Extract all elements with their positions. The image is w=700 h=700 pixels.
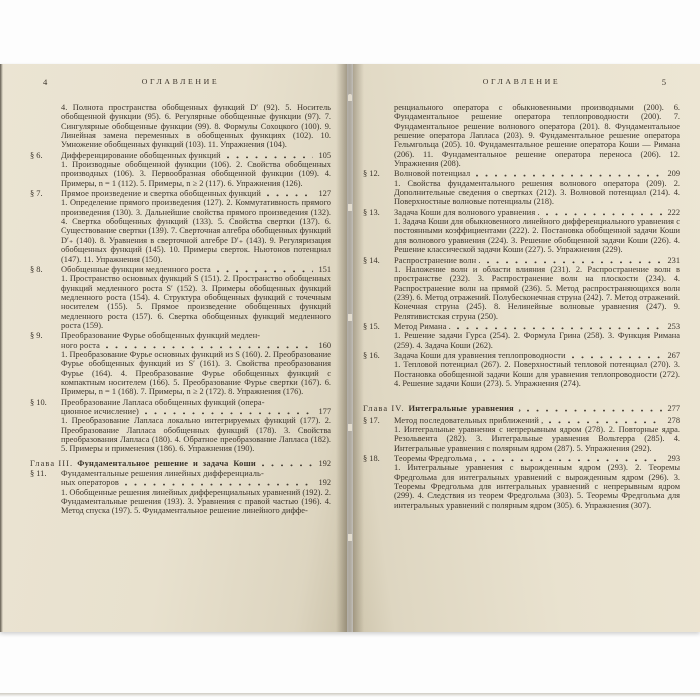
section-title: Прямое произведение и свертка обобщенных… (61, 189, 261, 198)
section-page-number: 209 (667, 169, 680, 178)
section-title-last-line: ных операторов192 (61, 478, 331, 487)
section-title: Дифференцирование обобщенных функций (61, 151, 221, 160)
section-title: Метод Римана . (394, 322, 451, 331)
section-title-last-line: Распространение волн .231 (394, 256, 680, 265)
section-label: § 14. (363, 256, 394, 265)
section-subsections: 1. Интегральные уравнения с вырожденным … (394, 463, 680, 510)
book-spread: 4 ОГЛАВЛЕНИЕ 4. Полнота пространства обо… (0, 64, 700, 632)
section-page-number: 222 (667, 208, 680, 217)
section-body: Теоремы Фредгольма ,2931. Интегральные у… (394, 454, 680, 510)
section-title-last-line: Дифференцирование обобщенных функций105 (61, 151, 331, 160)
section-title: Задача Коши для волнового уравнения . (394, 208, 540, 217)
section-body: Распространение волн .2311. Наложение во… (394, 256, 680, 321)
section-page-number: 127 (318, 189, 331, 198)
section-title-last-line: Прямое произведение и свертка обобщенных… (61, 189, 331, 198)
toc-entry: § 11.Фундаментальные решения линейных ди… (30, 469, 331, 516)
toc-entry: § 10.Преобразование Лапласа обобщенных ф… (30, 398, 331, 454)
section-page-number: 105 (318, 151, 331, 160)
section-body: Дифференцирование обобщенных функций1051… (61, 151, 331, 188)
section-title-last-line: ционное исчисление)177 (61, 407, 331, 416)
toc-entry: § 6.Дифференцирование обобщенных функций… (30, 151, 331, 188)
dot-leader (144, 407, 314, 416)
section-body: Метод последовательных приближений ,2781… (394, 416, 680, 453)
section-subsections: 1. Производные обобщенной функции (106).… (61, 160, 331, 188)
section-subsections: 1. Интегральные уравнения с непрерывным … (394, 425, 680, 453)
chapter-label: Глава III. (30, 459, 73, 468)
section-title: ного роста (61, 341, 100, 350)
toc-entry: § 12.Волновой потенциал2091. Свойства фу… (363, 169, 680, 206)
section-label: § 13. (363, 208, 394, 217)
section-page-number: 192 (318, 478, 331, 487)
dot-leader (475, 169, 662, 178)
section-subsections: 1. Тепловой потенциал (267). 2. Поверхно… (394, 360, 680, 388)
left-page-content: 4 ОГЛАВЛЕНИЕ 4. Полнота пространства обо… (30, 77, 331, 626)
section-title-last-line: Метод Римана .253 (394, 322, 680, 331)
dot-leader (266, 189, 313, 198)
section-subsections: 1. Определение прямого произведения (127… (61, 198, 331, 263)
section-label: § 7. (30, 189, 61, 198)
section-title: Обобщенные функции медленного роста (61, 265, 211, 274)
section-body: Метод Римана .2531. Решение задачи Гурса… (394, 322, 680, 350)
section-page-number: 231 (667, 256, 680, 265)
section-title-last-line: Метод последовательных приближений ,278 (394, 416, 680, 425)
dot-leader (124, 478, 314, 487)
section-label: § 8. (30, 265, 61, 274)
dot-leader (105, 341, 313, 350)
toc-entry: § 18.Теоремы Фредгольма ,2931. Интеграль… (363, 454, 680, 510)
left-toc-column: 4. Полнота пространства обобщенных функц… (30, 103, 331, 516)
left-page-number: 4 (43, 77, 47, 87)
section-label: § 18. (363, 454, 394, 463)
toc-entry: § 16.Задача Коши для уравнения теплопров… (363, 351, 680, 388)
section-page-number: 177 (318, 407, 331, 416)
toc-entry: § 14.Распространение волн .2311. Наложен… (363, 256, 680, 321)
section-title-line: Преобразование Фурье обобщенных функций … (61, 331, 331, 340)
section-title-last-line: Задача Коши для волнового уравнения .222 (394, 208, 680, 217)
section-subsections: 1. Обобщенные решения линейных дифференц… (61, 488, 331, 516)
section-title-last-line: Волновой потенциал209 (394, 169, 680, 178)
page-bottom-edge-shadow (0, 693, 700, 697)
section-label: § 16. (363, 351, 394, 360)
section-subsections: 1. Задача Коши для обыкновенного линейно… (394, 217, 680, 254)
chapter-label: Глава IV. (363, 404, 405, 413)
section-title-last-line: Теоремы Фредгольма ,293 (394, 454, 680, 463)
right-page-number: 5 (662, 77, 666, 87)
toc-entry: § 17.Метод последовательных приближений … (363, 416, 680, 453)
section-page-number: 253 (667, 322, 680, 331)
chapter-title: Интегральные уравнения , (409, 404, 521, 413)
chapter-title: Фундаментальное решение и задача Коши (77, 459, 256, 468)
section-body: Преобразование Лапласа обобщенных функци… (61, 398, 331, 454)
dot-leader (571, 351, 663, 360)
dot-leader (482, 454, 663, 463)
section-body: Прямое произведение и свертка обобщенных… (61, 189, 331, 264)
section-page-number: 160 (318, 341, 331, 350)
toc-subsections: 4. Полнота пространства обобщенных функц… (61, 103, 331, 150)
dot-leader (226, 151, 314, 160)
section-label: § 6. (30, 151, 61, 160)
dot-leader (456, 322, 663, 331)
section-subsections: 1. Решение задачи Гурса (254). 2. Формул… (394, 331, 680, 350)
section-title: Теоремы Фредгольма , (394, 454, 477, 463)
right-page: ОГЛАВЛЕНИЕ 5 ренциального оператора с об… (353, 64, 700, 632)
section-page-number: 278 (667, 416, 680, 425)
dot-leader (261, 459, 314, 468)
section-page-number: 267 (667, 351, 680, 360)
toc-entry: § 7.Прямое произведение и свертка обобще… (30, 189, 331, 264)
section-title-last-line: Обобщенные функции медленного роста151 (61, 265, 331, 274)
section-label: § 17. (363, 416, 394, 425)
dot-leader (216, 265, 314, 274)
right-toc-column: ренциального оператора с обыкновенными п… (363, 103, 680, 510)
right-page-header: ОГЛАВЛЕНИЕ 5 (363, 77, 680, 90)
section-subsections: 1. Пространство основных функций S (151)… (61, 274, 331, 330)
section-subsections: 1. Преобразование Фурье основных функций… (61, 350, 331, 397)
section-page-number: 293 (667, 454, 680, 463)
section-body: Задача Коши для волнового уравнения .222… (394, 208, 680, 255)
section-page-number: 151 (318, 265, 331, 274)
section-label: § 11. (30, 469, 61, 478)
left-page: 4 ОГЛАВЛЕНИЕ 4. Полнота пространства обо… (0, 64, 347, 632)
section-subsections: 1. Свойства фундаментального решения вол… (394, 179, 680, 207)
section-title-last-line: Задача Коши для уравнения теплопроводнос… (394, 351, 680, 360)
photo-background: 4 ОГЛАВЛЕНИЕ 4. Полнота пространства обо… (0, 0, 700, 700)
section-subsections: 1. Преобразование Лапласа локально интег… (61, 416, 331, 453)
dot-leader (545, 208, 663, 217)
left-page-header: 4 ОГЛАВЛЕНИЕ (30, 77, 331, 90)
chapter-heading: Глава IV.Интегральные уравнения ,277 (363, 404, 680, 413)
section-title-last-line: ного роста160 (61, 341, 331, 350)
section-body: Преобразование Фурье обобщенных функций … (61, 331, 331, 396)
section-title: Задача Коши для уравнения теплопроводнос… (394, 351, 566, 360)
dot-leader (548, 416, 662, 425)
section-title: ционное исчисление) (61, 407, 139, 416)
section-body: Обобщенные функции медленного роста1511.… (61, 265, 331, 330)
section-body: Волновой потенциал2091. Свойства фундаме… (394, 169, 680, 206)
section-title-line: Фундаментальные решения линейных диффере… (61, 469, 331, 478)
section-body: Задача Коши для уравнения теплопроводнос… (394, 351, 680, 388)
dot-leader (486, 256, 663, 265)
section-label: § 10. (30, 398, 61, 407)
chapter-page-number: 277 (667, 404, 680, 413)
toc-entry: § 8.Обобщенные функции медленного роста1… (30, 265, 331, 330)
right-running-head: ОГЛАВЛЕНИЕ (363, 77, 680, 86)
chapter-page-number: 192 (318, 459, 331, 468)
dot-leader (526, 404, 662, 413)
book-spine-gutter (336, 64, 364, 632)
section-title: Распространение волн . (394, 256, 481, 265)
section-subsections: 1. Наложение волн и области влияния (231… (394, 265, 680, 321)
chapter-heading: Глава III.Фундаментальное решение и зада… (30, 459, 331, 468)
toc-entry: § 9.Преобразование Фурье обобщенных функ… (30, 331, 331, 396)
toc-subsections: ренциального оператора с обыкновенными п… (394, 103, 680, 168)
left-running-head: ОГЛАВЛЕНИЕ (30, 77, 331, 86)
section-title: Волновой потенциал (394, 169, 470, 178)
toc-entry: § 15.Метод Римана .2531. Решение задачи … (363, 322, 680, 350)
section-title-line: Преобразование Лапласа обобщенных функци… (61, 398, 331, 407)
section-label: § 9. (30, 331, 61, 340)
section-label: § 12. (363, 169, 394, 178)
toc-entry: § 13.Задача Коши для волнового уравнения… (363, 208, 680, 255)
section-title: Метод последовательных приближений , (394, 416, 543, 425)
section-label: § 15. (363, 322, 394, 331)
section-body: Фундаментальные решения линейных диффере… (61, 469, 331, 516)
section-title: ных операторов (61, 478, 119, 487)
right-page-content: ОГЛАВЛЕНИЕ 5 ренциального оператора с об… (363, 77, 680, 626)
